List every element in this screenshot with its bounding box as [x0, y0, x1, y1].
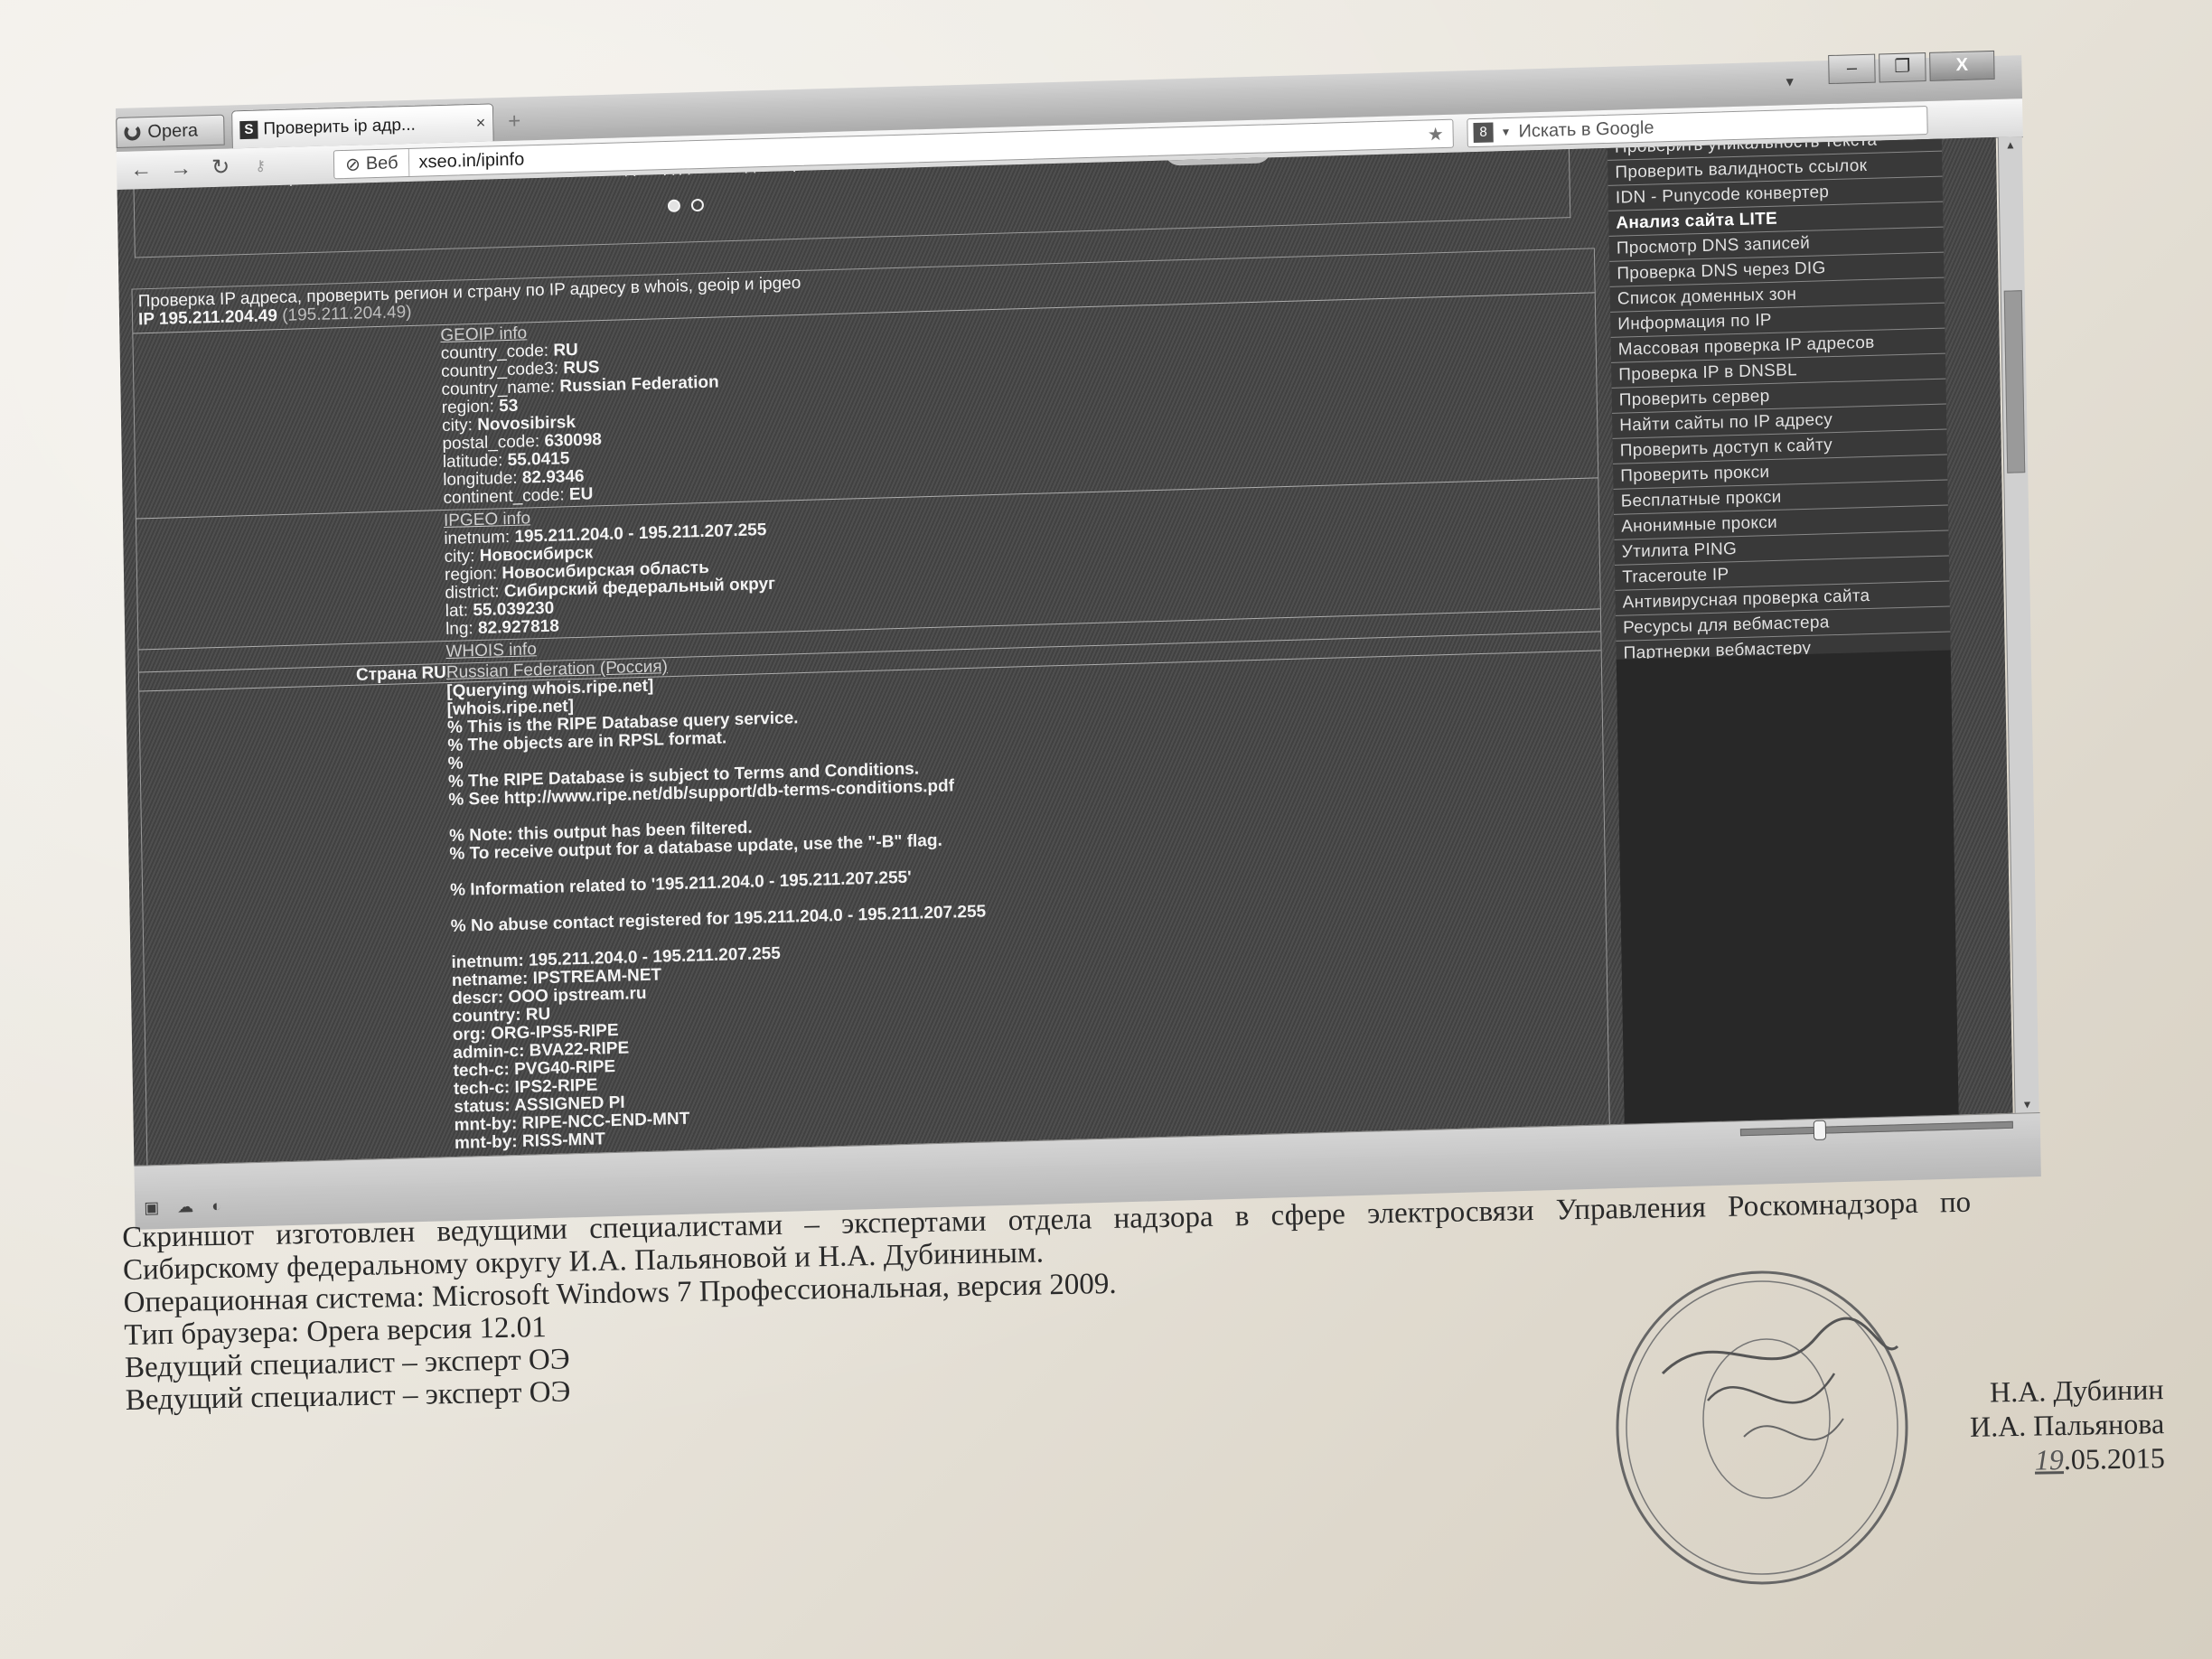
scroll-up-arrow-icon[interactable]: ▲: [1999, 138, 2022, 152]
favicon-icon: S: [239, 120, 258, 139]
official-stamp: [1608, 1265, 1916, 1590]
close-tab-icon[interactable]: ×: [476, 114, 486, 133]
page-viewport: Propeller Ads - Рекламная сеть #1 Высоки…: [117, 137, 2013, 1166]
search-engine-icon[interactable]: 8: [1473, 122, 1493, 143]
carousel-dot[interactable]: [668, 200, 680, 212]
key-icon[interactable]: ⚷: [247, 153, 275, 181]
scroll-down-arrow-icon[interactable]: ▼: [2015, 1098, 2039, 1111]
forward-arrow-icon[interactable]: →: [167, 155, 195, 183]
close-window-button[interactable]: X: [1929, 51, 1995, 81]
bookmark-star-icon[interactable]: ★: [1427, 122, 1452, 145]
scrollbar-thumb[interactable]: [2004, 290, 2026, 473]
maximize-button[interactable]: ❐: [1879, 52, 1926, 82]
carousel-dot[interactable]: [691, 199, 704, 211]
minimize-button[interactable]: –: [1828, 54, 1876, 84]
zoom-slider-handle[interactable]: [1814, 1120, 1826, 1140]
window-controls: – ❐ X: [1828, 51, 1994, 84]
unite-icon[interactable]: ☁: [177, 1197, 193, 1217]
signer-name: Н.А. Дубинин: [1969, 1372, 2164, 1410]
browser-screenshot: Opera S Проверить ip адр... × + ▼ – ❐ X …: [116, 55, 2041, 1229]
search-input[interactable]: Искать в Google: [1518, 117, 1654, 142]
status-icons: ▣ ☁ ◐: [144, 1196, 221, 1217]
whois-info-link[interactable]: WHOIS info: [445, 640, 537, 661]
panel-toggle-icon[interactable]: ▣: [144, 1198, 159, 1217]
search-engine-chevron-icon[interactable]: ▼: [1500, 126, 1511, 138]
sidebar-empty-area: [1617, 651, 1959, 1129]
new-tab-button[interactable]: +: [502, 109, 526, 134]
carousel-dots: [668, 199, 704, 212]
opera-logo-icon: [124, 124, 140, 141]
signature-date: 19.05.2015: [1970, 1440, 2165, 1478]
signers-block: Н.А. Дубинин И.А. Пальянова 19.05.2015: [1969, 1372, 2165, 1478]
tab-list-chevron-icon[interactable]: ▼: [1784, 74, 1796, 89]
opera-menu-button[interactable]: Opera: [116, 115, 225, 148]
web-badge[interactable]: ⊘ Веб: [334, 149, 410, 178]
signer-name: И.А. Пальянова: [1970, 1406, 2165, 1444]
ip-info-panel: Проверка IP адреса, проверить регион и с…: [131, 248, 1609, 1166]
back-arrow-icon[interactable]: ←: [127, 156, 155, 184]
globe-icon: ⊘: [345, 153, 361, 175]
tools-sidebar: Проверить уникальность текстаПроверить в…: [1607, 137, 1959, 1129]
zoom-slider[interactable]: [1740, 1121, 2013, 1136]
whois-output: [Querying whois.ripe.net][whois.ripe.net…: [139, 651, 1608, 1161]
tab-title: Проверить ip адр...: [263, 114, 471, 139]
reload-icon[interactable]: ↻: [207, 154, 235, 182]
turbo-icon[interactable]: ◐: [211, 1196, 221, 1215]
